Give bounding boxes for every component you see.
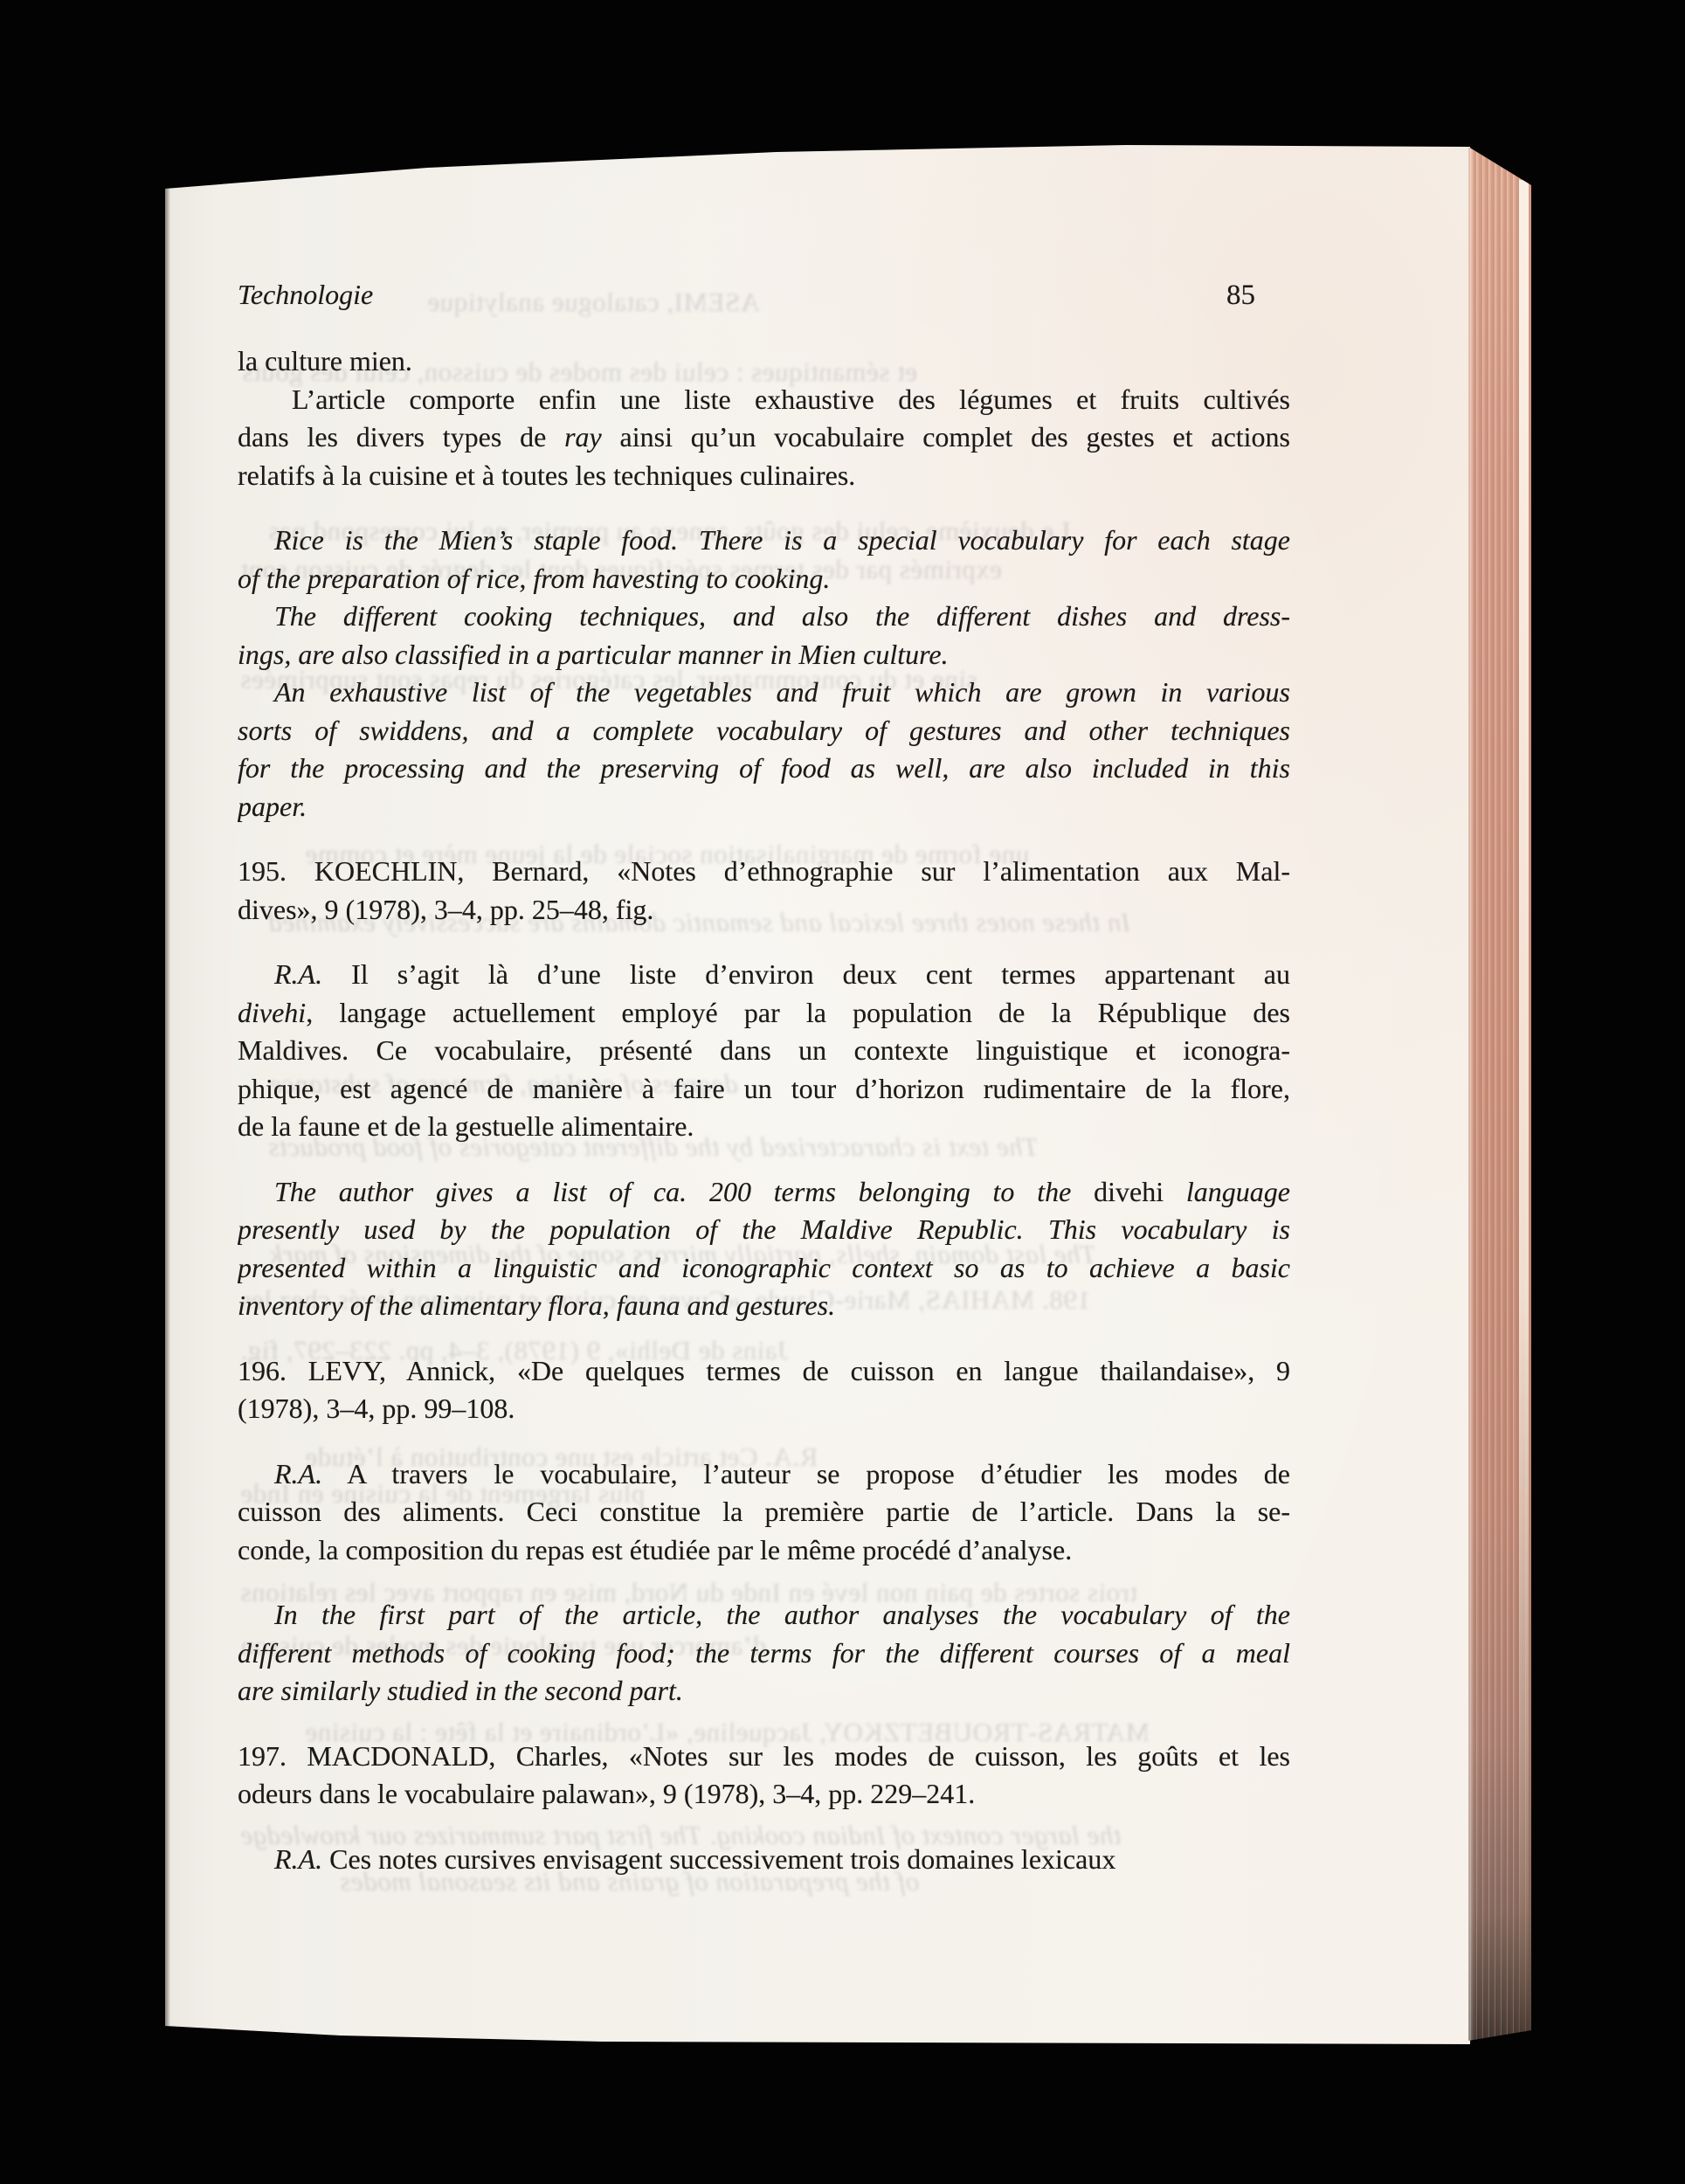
paragraph: An exhaustive list of the vegetables and… xyxy=(238,674,1290,826)
paragraph: R.A. A travers le vocabulaire, l’auteur … xyxy=(238,1455,1290,1570)
paragraph: R.A. Il s’agit là d’une liste d’environ … xyxy=(238,956,1290,1146)
page-header: Technologie 85 xyxy=(238,275,1290,314)
page-text: Technologie 85 la culture mien.L’article… xyxy=(238,275,1290,1878)
photo-background: { "content": { "running_title": "Technol… xyxy=(0,0,1685,2184)
book-page: ASEMI, catalogue analytiqueet sémantique… xyxy=(165,140,1470,2044)
paragraph: L’article comporte enfin une liste exhau… xyxy=(238,381,1290,495)
paragraph: R.A. Ces notes cursives envisagent succe… xyxy=(238,1841,1290,1879)
fore-edge-highlight xyxy=(1519,180,1529,2032)
bibliography-entry: 196. LEVY, Annick, «De quelques termes d… xyxy=(238,1352,1290,1428)
bibliography-entry: 197. MACDONALD, Charles, «Notes sur les … xyxy=(238,1738,1290,1814)
running-title: Technologie xyxy=(238,275,373,314)
paragraph: In the first part of the article, the au… xyxy=(238,1596,1290,1711)
paragraph: The different cooking techniques, and al… xyxy=(238,598,1290,674)
paragraph: la culture mien. xyxy=(238,342,1290,381)
paragraph: The author gives a list of ca. 200 terms… xyxy=(238,1173,1290,1325)
page-number: 85 xyxy=(1226,276,1255,314)
page-paragraphs: la culture mien.L’article comporte enfin… xyxy=(238,342,1290,1878)
paragraph: Rice is the Mien’s staple food. There is… xyxy=(238,522,1290,598)
book-fore-edge xyxy=(1468,145,1531,2044)
bibliography-entry: 195. KOECHLIN, Bernard, «Notes d’ethnogr… xyxy=(238,853,1290,929)
page-left-edge xyxy=(165,175,170,2035)
